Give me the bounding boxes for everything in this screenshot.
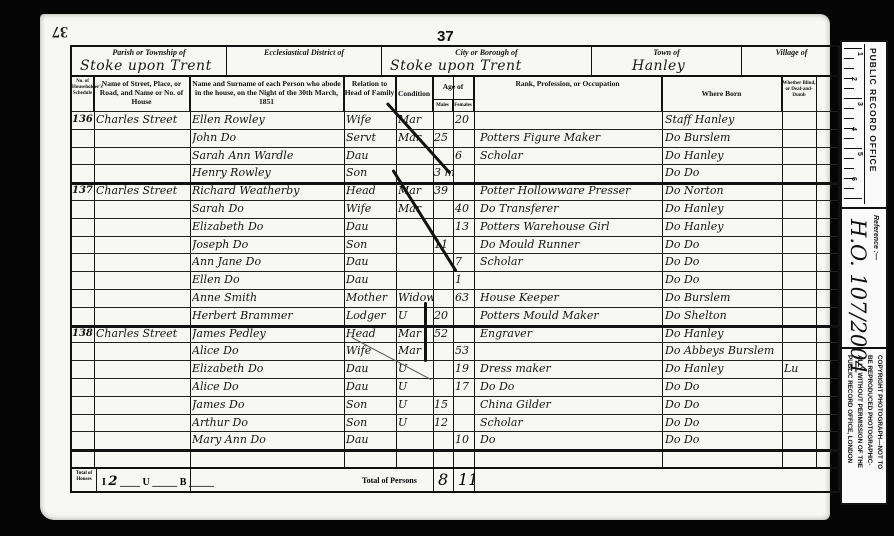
cell-name: Elizabeth Do xyxy=(192,359,342,378)
scale-number: 2 xyxy=(850,77,857,81)
cell-name: Mary Ann Do xyxy=(192,430,342,449)
cell-schedule xyxy=(72,448,94,467)
cell-street xyxy=(96,359,190,378)
cell-born: Do Do xyxy=(665,270,782,289)
cell-relation xyxy=(346,448,396,467)
cell-occupation: Do Mould Runner xyxy=(480,235,662,254)
cell-condition: U xyxy=(398,359,433,378)
divider xyxy=(453,469,454,492)
parish-cell: Parish or Township of Stoke upon Trent xyxy=(72,47,227,75)
ruler-tick xyxy=(844,58,854,59)
cell-occupation: Scholar xyxy=(480,413,662,432)
divider xyxy=(96,469,97,492)
cell-street xyxy=(96,163,190,182)
cell-born: Do Hanley xyxy=(665,324,782,343)
cell-male-age xyxy=(434,110,453,129)
cell-occupation: Do Do xyxy=(480,377,662,396)
cell-schedule xyxy=(72,146,94,165)
cell-born: Do Hanley xyxy=(665,217,782,236)
cell-born: Do Burslem xyxy=(665,288,782,307)
cell-street xyxy=(96,252,190,271)
cell-name: Alice Do xyxy=(192,377,342,396)
cell-relation: Wife xyxy=(346,199,396,218)
cell-blind xyxy=(784,306,816,325)
cell-street xyxy=(96,448,190,467)
cell-name: James Do xyxy=(192,395,342,414)
divider xyxy=(190,469,191,492)
cell-occupation: Potters Figure Maker xyxy=(480,128,662,147)
ecclesiastical-cell: Ecclesiastical District of xyxy=(227,47,382,75)
cell-born: Do Abbeys Burslem xyxy=(665,341,782,360)
cell-relation: Mother xyxy=(346,288,396,307)
cell-male-age: 52 xyxy=(434,324,453,343)
scale-number: 3 xyxy=(856,102,863,106)
cell-relation: Dau xyxy=(346,146,396,165)
cell-schedule xyxy=(72,199,94,218)
ruler-tick xyxy=(844,88,854,89)
total-houses-label: Total of Houses xyxy=(74,471,94,483)
cell-male-age xyxy=(434,199,453,218)
cell-male-age xyxy=(434,377,453,396)
cell-female-age: 6 xyxy=(455,146,474,165)
cell-male-age xyxy=(434,448,453,467)
cell-schedule xyxy=(72,235,94,254)
col-name-header: Name and Surname of each Person who abod… xyxy=(190,77,344,111)
cell-schedule xyxy=(72,341,94,360)
cell-blind xyxy=(784,128,816,147)
cell-occupation: China Gilder xyxy=(480,395,662,414)
cell-male-age xyxy=(434,341,453,360)
cell-blind xyxy=(784,270,816,289)
cell-schedule: 136 xyxy=(72,110,94,129)
town-value: Hanley xyxy=(632,58,685,74)
cell-occupation: Scholar xyxy=(480,252,662,271)
cell-schedule xyxy=(72,430,94,449)
page-number: 37 xyxy=(437,28,454,45)
cell-female-age: 13 xyxy=(455,217,474,236)
cell-street xyxy=(96,235,190,254)
cell-name: Sarah Ann Wardle xyxy=(192,146,342,165)
tally-stroke xyxy=(424,302,427,362)
cell-female-age xyxy=(455,163,474,182)
folio-stamp: 37 xyxy=(52,22,68,40)
ruler-tick xyxy=(844,108,854,109)
cell-born: Do Do xyxy=(665,252,782,271)
divider xyxy=(433,469,434,492)
city-value: Stoke upon Trent xyxy=(390,58,522,74)
cell-female-age xyxy=(455,181,474,200)
cell-street xyxy=(96,288,190,307)
cell-occupation: Potter Hollowware Presser xyxy=(480,181,662,200)
cell-schedule xyxy=(72,377,94,396)
ruler-tick xyxy=(844,68,854,69)
cell-relation: Dau xyxy=(346,430,396,449)
cell-occupation: Engraver xyxy=(480,324,662,343)
cell-relation: Dau xyxy=(346,252,396,271)
total-females: 11 xyxy=(458,470,478,489)
cell-occupation: Do xyxy=(480,430,662,449)
cell-blind xyxy=(784,430,816,449)
ruler-tick xyxy=(844,48,862,49)
cell-blind xyxy=(784,217,816,236)
cell-male-age: 15 xyxy=(434,395,453,414)
cell-male-age xyxy=(434,217,453,236)
col-blind-header: Whether Blind, or Deaf-and-Dumb xyxy=(782,77,816,111)
cell-schedule xyxy=(72,252,94,271)
copyright-line-4: PUBLIC RECORD OFFICE, LONDON xyxy=(846,355,853,463)
cell-condition xyxy=(398,252,433,271)
scale-number: 1 xyxy=(856,52,863,56)
ruler-tick xyxy=(844,198,862,199)
cell-condition: U xyxy=(398,413,433,432)
scale-number: 5 xyxy=(856,152,863,156)
cell-schedule xyxy=(72,288,94,307)
office-title: PUBLIC RECORD OFFICE xyxy=(868,48,878,172)
cell-schedule xyxy=(72,270,94,289)
cell-blind xyxy=(784,341,816,360)
cell-born: Do Do xyxy=(665,413,782,432)
cell-name: John Do xyxy=(192,128,342,147)
ruler-tick xyxy=(844,138,854,139)
cell-relation: Dau xyxy=(346,377,396,396)
ruler-tick xyxy=(844,118,854,119)
cell-street xyxy=(96,128,190,147)
cell-condition: U xyxy=(398,377,433,396)
cell-name: Ellen Rowley xyxy=(192,110,342,129)
parish-label: Parish or Township of xyxy=(72,48,226,57)
cell-blind xyxy=(784,288,816,307)
cell-street xyxy=(96,395,190,414)
ruler-tick xyxy=(844,188,854,189)
cell-born: Do Shelton xyxy=(665,306,782,325)
cell-schedule xyxy=(72,359,94,378)
cell-street xyxy=(96,199,190,218)
scale-number: 6 xyxy=(850,177,857,181)
cell-female-age xyxy=(455,128,474,147)
cell-name: Joseph Do xyxy=(192,235,342,254)
cell-occupation: Potters Mould Maker xyxy=(480,306,662,325)
cell-female-age: 40 xyxy=(455,199,474,218)
cell-blind xyxy=(784,395,816,414)
cell-female-age: 20 xyxy=(455,110,474,129)
cell-occupation: House Keeper xyxy=(480,288,662,307)
inhabited-value: 2 xyxy=(108,474,117,489)
cell-condition xyxy=(398,270,433,289)
cell-relation: Dau xyxy=(346,359,396,378)
cell-schedule: 138 xyxy=(72,324,94,343)
cell-male-age: 39 xyxy=(434,181,453,200)
cell-male-age: 12 xyxy=(434,413,453,432)
cell-born: Do Hanley xyxy=(665,359,782,378)
cell-blind xyxy=(784,324,816,343)
cell-male-age xyxy=(434,288,453,307)
cell-born: Do Norton xyxy=(665,181,782,200)
cell-blind xyxy=(784,110,816,129)
cell-condition: U xyxy=(398,395,433,414)
cell-condition: Widow xyxy=(398,288,433,307)
reference-label: Reference :— xyxy=(872,215,879,260)
cell-condition xyxy=(398,163,433,182)
village-cell: Village of xyxy=(742,47,841,75)
cell-female-age: 19 xyxy=(455,359,474,378)
cell-relation: Wife xyxy=(346,110,396,129)
village-label: Village of xyxy=(742,48,841,57)
cell-male-age xyxy=(434,270,453,289)
cell-female-age: 63 xyxy=(455,288,474,307)
cell-female-age xyxy=(455,395,474,414)
cell-female-age: 10 xyxy=(455,430,474,449)
cell-street: Charles Street xyxy=(96,181,190,200)
totals-row: Total of Houses I 2 ____ U _____ B _____… xyxy=(72,467,838,494)
cell-relation: Lodger xyxy=(346,306,396,325)
cell-relation: Son xyxy=(346,413,396,432)
cell-born: Do Hanley xyxy=(665,146,782,165)
cell-occupation: Dress maker xyxy=(480,359,662,378)
ruler-tick xyxy=(844,148,862,149)
cell-street xyxy=(96,146,190,165)
cell-name: Elizabeth Do xyxy=(192,217,342,236)
cell-female-age: 7 xyxy=(455,252,474,271)
cell-born: Do Do xyxy=(665,235,782,254)
cell-name: Sarah Do xyxy=(192,199,342,218)
cell-relation: Son xyxy=(346,163,396,182)
cell-male-age xyxy=(434,359,453,378)
cell-schedule xyxy=(72,128,94,147)
cell-relation: Dau xyxy=(346,270,396,289)
cell-relation: Servt xyxy=(346,128,396,147)
town-cell: Town of Hanley xyxy=(592,47,742,75)
cell-born xyxy=(665,448,782,467)
cell-born: Do Hanley xyxy=(665,199,782,218)
cell-condition: Mar xyxy=(398,341,433,360)
cell-name: Ellen Do xyxy=(192,270,342,289)
cell-schedule xyxy=(72,217,94,236)
cell-street xyxy=(96,377,190,396)
cell-schedule xyxy=(72,413,94,432)
cell-occupation: Potters Warehouse Girl xyxy=(480,217,662,236)
cell-name: Ann Jane Do xyxy=(192,252,342,271)
district-header: Parish or Township of Stoke upon Trent E… xyxy=(72,47,838,77)
inhabited-label: I xyxy=(102,477,106,488)
cell-name: Anne Smith xyxy=(192,288,342,307)
col-occupation-header: Rank, Profession, or Occupation xyxy=(474,77,662,111)
col-condition-header: Condition xyxy=(396,77,433,111)
ruler-tick xyxy=(844,158,854,159)
cell-occupation: Scholar xyxy=(480,146,662,165)
cell-female-age xyxy=(455,235,474,254)
cell-condition xyxy=(398,235,433,254)
cell-born: Do Do xyxy=(665,430,782,449)
col-schedule-header: No. of Householder's Schedule xyxy=(72,77,94,111)
city-cell: City or Borough of Stoke upon Trent xyxy=(382,47,592,75)
cell-name: Alice Do xyxy=(192,341,342,360)
cell-relation: Dau xyxy=(346,217,396,236)
cell-condition xyxy=(398,448,433,467)
reference-box: Reference :— H.O. 107/2004 xyxy=(842,207,886,349)
cell-schedule: 137 xyxy=(72,181,94,200)
cell-street: Charles Street xyxy=(96,324,190,343)
cell-schedule xyxy=(72,163,94,182)
cell-name: James Pedley xyxy=(192,324,342,343)
cell-male-age: 25 xyxy=(434,128,453,147)
col-street-header: Name of Street, Place, or Road, and Name… xyxy=(94,77,190,111)
uninhabited-label: U xyxy=(142,477,149,488)
cell-blind xyxy=(784,448,816,467)
cell-condition: U xyxy=(398,306,433,325)
cell-blind xyxy=(784,413,816,432)
cell-female-age: 1 xyxy=(455,270,474,289)
copyright-line-1: COPYRIGHT PHOTOGRAPH—NOT TO xyxy=(876,355,883,469)
town-label: Town of xyxy=(592,48,741,57)
cell-name: Richard Weatherby xyxy=(192,181,342,200)
cell-female-age xyxy=(455,324,474,343)
cell-born: Do Do xyxy=(665,395,782,414)
cell-name xyxy=(192,448,342,467)
total-males: 8 xyxy=(438,470,448,489)
copyright-line-2: BE REPRODUCED PHOTOGRAPHIC- xyxy=(866,355,873,465)
cell-street xyxy=(96,306,190,325)
cell-female-age xyxy=(455,306,474,325)
cell-blind xyxy=(784,146,816,165)
cell-occupation xyxy=(480,270,662,289)
cell-occupation xyxy=(480,163,662,182)
cell-blind xyxy=(784,235,816,254)
cell-male-age xyxy=(434,430,453,449)
cell-blind: Lu xyxy=(784,359,816,378)
cell-condition: Mar xyxy=(398,324,433,343)
cell-blind xyxy=(784,377,816,396)
city-label: City or Borough of xyxy=(382,48,591,57)
record-office-label: PUBLIC RECORD OFFICE 123456 Reference :—… xyxy=(840,40,888,505)
houses-tally: I 2 ____ U _____ B _____ xyxy=(102,474,214,489)
cell-street xyxy=(96,413,190,432)
cell-occupation xyxy=(480,448,662,467)
col-born-header: Where Born xyxy=(662,77,782,111)
cell-condition xyxy=(398,430,433,449)
cell-schedule xyxy=(72,395,94,414)
cell-name: Herbert Brammer xyxy=(192,306,342,325)
cell-street xyxy=(96,341,190,360)
parish-value: Stoke upon Trent xyxy=(80,58,212,74)
ruler-tick xyxy=(844,168,854,169)
cell-relation: Son xyxy=(346,395,396,414)
cell-relation: Son xyxy=(346,235,396,254)
cell-occupation xyxy=(480,110,662,129)
cell-male-age: 20 xyxy=(434,306,453,325)
cell-street xyxy=(96,270,190,289)
cell-relation: Head xyxy=(346,181,396,200)
ecclesiastical-label: Ecclesiastical District of xyxy=(227,48,381,57)
cell-blind xyxy=(784,199,816,218)
cell-blind xyxy=(784,252,816,271)
cell-blind xyxy=(784,163,816,182)
ruler-tick xyxy=(844,98,862,99)
cell-born: Do Do xyxy=(665,163,782,182)
cell-born: Do Burslem xyxy=(665,128,782,147)
copyright-box: COPYRIGHT PHOTOGRAPH—NOT TO BE REPRODUCE… xyxy=(842,347,886,505)
cell-female-age: 17 xyxy=(455,377,474,396)
cell-street xyxy=(96,217,190,236)
copyright-line-3: ALLY WITHOUT PERMISSION OF THE xyxy=(856,355,863,468)
cell-female-age xyxy=(455,413,474,432)
cell-street xyxy=(96,430,190,449)
cell-born: Staff Hanley xyxy=(665,110,782,129)
cell-blind xyxy=(784,181,816,200)
cell-schedule xyxy=(72,306,94,325)
scale-number: 4 xyxy=(850,127,857,131)
cell-female-age: 53 xyxy=(455,341,474,360)
cell-female-age xyxy=(455,448,474,467)
cell-born: Do Do xyxy=(665,377,782,396)
cell-name: Henry Rowley xyxy=(192,163,342,182)
building-label: B xyxy=(180,477,187,488)
cell-occupation xyxy=(480,341,662,360)
cell-name: Arthur Do xyxy=(192,413,342,432)
divider xyxy=(474,469,475,492)
cell-occupation: Do Transferer xyxy=(480,199,662,218)
census-form: Parish or Township of Stoke upon Trent E… xyxy=(70,45,841,493)
cell-relation: Head xyxy=(346,324,396,343)
total-persons-label: Total of Persons xyxy=(362,476,417,485)
cell-street: Charles Street xyxy=(96,110,190,129)
